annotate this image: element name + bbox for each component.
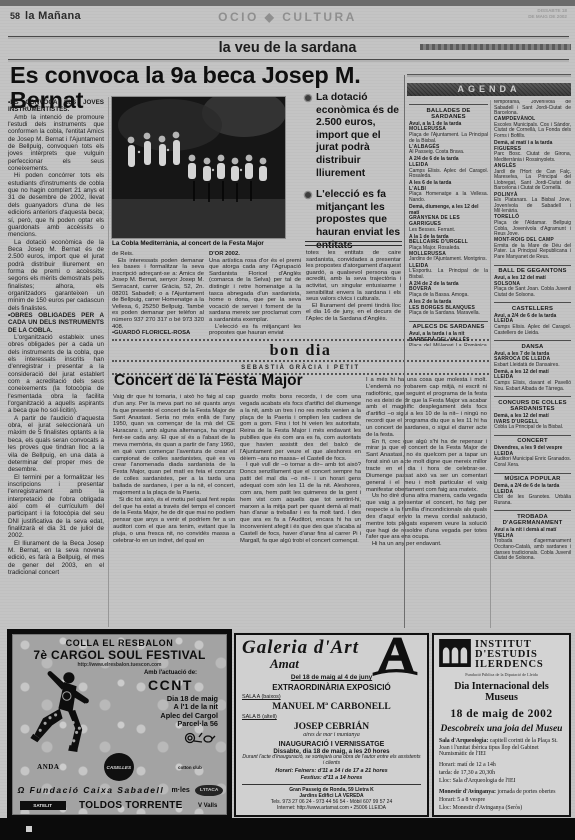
- agenda-entry: Clot de les Granotes. Urbàlia Rurana.: [494, 495, 571, 506]
- agenda-entry: Cobla La Principal de la Bisbal.: [494, 425, 571, 431]
- gallery-hours: Horari: Feiners: d'11 a 14 i de 17 a 21 …: [242, 768, 421, 781]
- article-paragraph: I a més hi ha una cosa que molesta i mol…: [366, 377, 487, 439]
- article-paragraph: guardo molts bons records, i de com una …: [240, 394, 361, 462]
- ad-galeria-amat: Galeria d'Art Amat Del 18 de maig al 4 d…: [234, 633, 429, 817]
- agenda-entry: Plaça de Sant Joan. Cobla Juvenil Ciutat…: [494, 287, 571, 298]
- newspaper-page: 58 la Mañana OCIO ◆ CULTURA DISSABTE 18 …: [0, 0, 575, 840]
- section-title: OCIO ◆ CULTURA: [0, 10, 575, 24]
- agenda-column-1: BALLADES DE SARDANESAvui, a la 1 de la t…: [409, 100, 488, 346]
- iei-logo-row: INSTITUT D'ESTUDIS ILERDENCS: [439, 639, 564, 670]
- article-paragraph: L'elecció es fa mitjançant les propostes…: [209, 324, 301, 337]
- institute-name-line3: ILERDENCS: [475, 660, 543, 670]
- agenda-entry: Camps Elisis. Aplec del Caragol. Rosaled…: [409, 169, 488, 180]
- ad-act-intro: Amb l'actuació de:: [115, 670, 226, 676]
- agenda-entry: Plaça de la Sardana. Maravella.: [409, 311, 488, 317]
- dancer-silhouette: [13, 668, 115, 766]
- agenda-entry: Plaça de la Bassa. Amoga.: [409, 293, 488, 299]
- bondia-headline: Concert de la Festa Major: [114, 372, 359, 390]
- ad-resbalon: COLLA EL RESBALON 7è CARGOL SOUL FESTIVA…: [7, 629, 232, 820]
- monestir-line: Monestir d'Avinganya: jornada de portes …: [439, 789, 564, 796]
- snail-doodles: [115, 729, 226, 752]
- article-paragraph: L'organització estableix unes obres obli…: [8, 334, 104, 415]
- article-paragraph: El termini per a formalitzar les inscrip…: [8, 474, 104, 540]
- article-paragraph: El lliurament de la Beca Josep M. Bernat…: [8, 540, 104, 577]
- vernissage-note: Durant l'acte d'inauguració, se sortejar…: [242, 755, 421, 766]
- column-rule: [108, 97, 109, 627]
- bondia-column-2: guardo molts bons records, i de com una …: [240, 394, 361, 630]
- article-paragraph: Una artística rosa d'or és el premi que …: [209, 258, 301, 324]
- agenda-column-rule: [490, 100, 491, 628]
- article-paragraph: A partir de l'audició d'aquesta obra, el…: [8, 415, 104, 474]
- article1-column-2: de Reis.Els interessats poden demanar le…: [112, 251, 204, 348]
- brush-a-logo: [369, 636, 421, 676]
- sponsor-logo: ANDA: [35, 762, 61, 772]
- bondia-column-1: Vaig dir que hi tornaria, i això ho faig…: [113, 394, 235, 630]
- article-paragraph: La dotació econòmica de la Beca Josep M.…: [8, 239, 104, 312]
- sponsor-logo: L'ITACA: [195, 785, 223, 796]
- agenda-entry: Les Besses. Ferrant.: [409, 228, 488, 234]
- agenda-entry: CONCERT: [494, 435, 571, 445]
- agenda-entry: GRANYENA DE LES GARRIGUES: [409, 216, 488, 227]
- article-paragraph: El lliurament del premi tindrà lloc el d…: [306, 303, 401, 323]
- scan-mark: [26, 826, 32, 832]
- cobla-photo: [112, 97, 285, 238]
- monestir-lead: Monestir d'Avinganya:: [439, 789, 496, 795]
- agenda-entry: Plaça del Mil·lenari La Romànica. Con-: [409, 344, 488, 347]
- ad-club-name: COLLA EL RESBALON: [13, 638, 226, 648]
- bondia-column-3: I a més hi ha una cosa que molesta i mol…: [366, 377, 487, 630]
- agenda-entry: L'Esportiu. La Principal de la Bisbal.: [409, 269, 488, 280]
- agenda-entry: Camps Elisis, davant el Pavelló Nou. Esb…: [494, 381, 571, 392]
- quote-divider: [305, 241, 402, 246]
- agenda-entry: Ermita de la Mare de Déu del Pater. La P…: [494, 244, 571, 261]
- article-paragraph: Vaig dir que hi tornaria, i això ho faig…: [113, 394, 235, 497]
- bullet-icon: [305, 192, 311, 198]
- agenda-entry: Jardí de l'Hort de Can Falç. Mareselva, …: [494, 170, 571, 192]
- museum-day-body: Sala d'Arqueologia: capitell corinti de …: [439, 738, 564, 758]
- scan-edge-top: [0, 0, 575, 6]
- snail-icon: [182, 729, 216, 747]
- sponsor-logos: ANDACASELLEScotton clubΩ Fundació Caixa …: [15, 753, 224, 812]
- agenda-entry: TROBADA D'AGERMANAMENT: [494, 510, 571, 526]
- sponsor-logo: TOLDOS TORRENTE: [77, 799, 185, 812]
- agenda-entry: CASTELLERS: [494, 302, 571, 312]
- gallery-address: Gran Passeig de Ronda, 59 Lletra K Jardi…: [242, 784, 421, 811]
- article1-column-1: •ES CONVOCA ELS JOVES INSTRUMENTISTES.Am…: [8, 99, 104, 601]
- sala-a-label: SALA A (baixos): [242, 694, 421, 700]
- agenda-entry: Camps Elisis. Aplec del Caragol. Castell…: [494, 325, 571, 336]
- article1-column-3: D'OR 2002.Una artística rosa d'or és el …: [209, 251, 301, 348]
- gallery-hours-holidays: Festius: d'11 a 14 hores: [242, 775, 421, 781]
- ad-festival-title: 7è CARGOL SOUL FESTIVAL: [13, 648, 226, 662]
- sponsor-logo: cotton club: [176, 764, 204, 771]
- monestir-place: Lloc: Monestir d'Avinganya (Seròs): [439, 805, 564, 812]
- article-paragraph: En fi, crec que algú s'hi ha de repensar…: [366, 439, 487, 494]
- ad-act-name: CCNT: [115, 677, 226, 693]
- agenda-column-2: temporània, Jovenívola de Sabadell i San…: [494, 100, 571, 630]
- artist-a: MANUEL Mª CARBONELL: [242, 702, 421, 712]
- article-paragraph: Amb la intenció de promoure l'estudi del…: [8, 114, 104, 173]
- agenda-entry: Escoles Municipals. Cos i Sàndor, Ciutat…: [494, 123, 571, 140]
- cobla-photo-image: [112, 97, 285, 238]
- article-paragraph: •OBRES OBLIGADES PER A CADA UN DELS INST…: [8, 312, 104, 334]
- agenda-entry: Al Passeig. Costa Brava.: [409, 150, 488, 156]
- sidebar-rule: [404, 75, 405, 628]
- sponsor-logo: SATELIT: [20, 801, 66, 810]
- monestir-hours: Horari: 5 a 8 vespre: [439, 797, 564, 804]
- institute-name: INSTITUT D'ESTUDIS ILERDENCS: [475, 639, 543, 670]
- agenda-entry: Auditori Municipal Enric Granados. Coral…: [494, 457, 571, 468]
- monestir-rest: jornada de portes obertes: [496, 789, 556, 795]
- ad-resbalon-inner: COLLA EL RESBALON 7è CARGOL SOUL FESTIVA…: [12, 634, 227, 815]
- agenda-entry: BALL DE GEGANTONS: [494, 265, 571, 275]
- header-rule-top: [8, 36, 569, 37]
- ad-resbalon-body: Amb l'actuació de: CCNT Dia 18 de maigA …: [13, 668, 226, 766]
- article-paragraph: I què vull dir –o tornar a dir– amb tot …: [240, 462, 361, 544]
- article-paragraph: •ES CONVOCA ELS JOVES INSTRUMENTISTES.: [8, 99, 104, 114]
- pull-quote: La dotació econòmica és de 2.500 euros, …: [305, 92, 402, 180]
- sponsor-logo: CASELLES: [104, 753, 134, 781]
- bullet-icon: [305, 95, 311, 101]
- expo-title: EXTRAORDINÀRIA EXPOSICIÓ: [242, 683, 421, 692]
- artist-b-subtitle: aires de mar i muntanya: [242, 732, 421, 738]
- agenda-entry: APLECS DE SARDANES: [409, 321, 488, 331]
- agenda-entry: DANSA: [494, 340, 571, 350]
- article-paragraph: de Reis.: [112, 251, 204, 258]
- agenda-top-rule: [407, 74, 571, 75]
- article-paragraph: Si dic tot això, és el motiu pel qual fe…: [113, 497, 235, 545]
- header-rule-bottom: [8, 59, 569, 60]
- article-paragraph: Hi ha un any per endavant.: [366, 541, 487, 548]
- sponsor-logo: m·les: [169, 786, 191, 795]
- agenda-entry: Parc Bosc. Ciutat de Girona, Mediterràni…: [494, 152, 571, 163]
- agenda-entry: temporània, Jovenívola de Sabadell i San…: [494, 100, 571, 117]
- agenda-entry: CONCURS DE COLLES SARDANISTES: [494, 396, 571, 412]
- museum-day-date: 18 de maig de 2002: [439, 708, 564, 720]
- ad-event-line: Parcel·la 56: [115, 720, 226, 728]
- article-paragraph: Hi poden concórrer tots els estudiants d…: [8, 172, 104, 238]
- scan-smudge: [420, 44, 571, 50]
- edition-date-line2: DE MAIG DE 2002: [528, 14, 567, 20]
- pull-quotes: La dotació econòmica és de 2.500 euros, …: [305, 92, 402, 261]
- artist-b: JOSEP CEBRIÁN: [242, 722, 421, 732]
- edition-date: DISSABTE 18 DE MAIG DE 2002: [528, 8, 567, 19]
- gallery-name: Galeria d'Art Amat: [242, 637, 421, 674]
- article1-column-4: totes les entitats de caire sardanista, …: [306, 250, 401, 348]
- agenda-header: AGENDA: [407, 83, 571, 96]
- ad-iei: INSTITUT D'ESTUDIS ILERDENCS Fundació Pú…: [432, 633, 571, 817]
- museum-day-title: Dia Internacional dels Museus: [439, 681, 564, 703]
- gallery-web: Internet: http://www.artamat.com • 25006…: [242, 805, 421, 811]
- agenda-entry: BALLADES DE SARDANES: [409, 104, 488, 120]
- scan-edge-bottom: [0, 818, 575, 840]
- ad-resbalon-header: COLLA EL RESBALON 7è CARGOL SOUL FESTIVA…: [13, 635, 226, 668]
- museum-place-1: Lloc: Sala d'Arqueologia de l'IEI: [439, 778, 564, 785]
- agenda-entry: Plaça de l'Aldamar. Bellpuig Cobla, Jove…: [494, 221, 571, 238]
- sponsor-logo: Ω Fundació Caixa Sabadell: [16, 784, 167, 796]
- vernissage-title: INAUGURACIÓ I VERNISSATGE: [242, 741, 421, 748]
- agenda-entry: MÚSICA POPULAR: [494, 473, 571, 483]
- sala-b-label: SALA B (altell): [242, 714, 421, 720]
- museum-body-lead: Sala d'Arqueologia:: [439, 738, 488, 744]
- ad-resbalon-details: Amb l'actuació de: CCNT Dia 18 de maigA …: [115, 668, 226, 766]
- article-paragraph: •GUARDÓ FLORICEL-ROSA: [112, 330, 204, 337]
- article-paragraph: Us ho diré d'una altra manera, cada vega…: [366, 493, 487, 541]
- article-paragraph: D'OR 2002.: [209, 251, 301, 258]
- arches-logo-icon: [439, 639, 471, 667]
- institute-foundation: Fundació Pública de la Diputació de Llei…: [439, 672, 564, 677]
- article-paragraph: Els interessats poden demanar les bases …: [112, 258, 204, 331]
- agenda-entry: Plaça Homenatge a la Vellesa. Nando.: [409, 192, 488, 203]
- agenda-entry: Trobada d'agermanament Occitano-Català, …: [494, 539, 571, 561]
- agenda-entry: Els Platanars. La Bisbal Jove, Jovenívol…: [494, 198, 571, 215]
- museum-day-subtitle: Descobreix una joia del Museu: [439, 724, 564, 735]
- agenda-entry: Plaça de l'Ajuntament. La Principal de l…: [409, 133, 488, 144]
- sponsor-logo: V Valls: [196, 802, 219, 810]
- agenda-entry: Esbart Lleidatà de Dansaires.: [494, 363, 571, 369]
- gallery-name-script: Galeria d'Art: [242, 637, 359, 658]
- museum-hours-2: tarda: de 17,30 a 20,30h: [439, 770, 564, 777]
- article-paragraph: totes les entitats de caire sardanista, …: [306, 250, 401, 303]
- ad-event-lines: Dia 18 de maigA l'1 de la nitAplec del C…: [115, 695, 226, 729]
- museum-hours-1: Horari: matí de 12 a 14h: [439, 762, 564, 769]
- pull-quote-text: La dotació econòmica és de 2.500 euros, …: [316, 92, 402, 180]
